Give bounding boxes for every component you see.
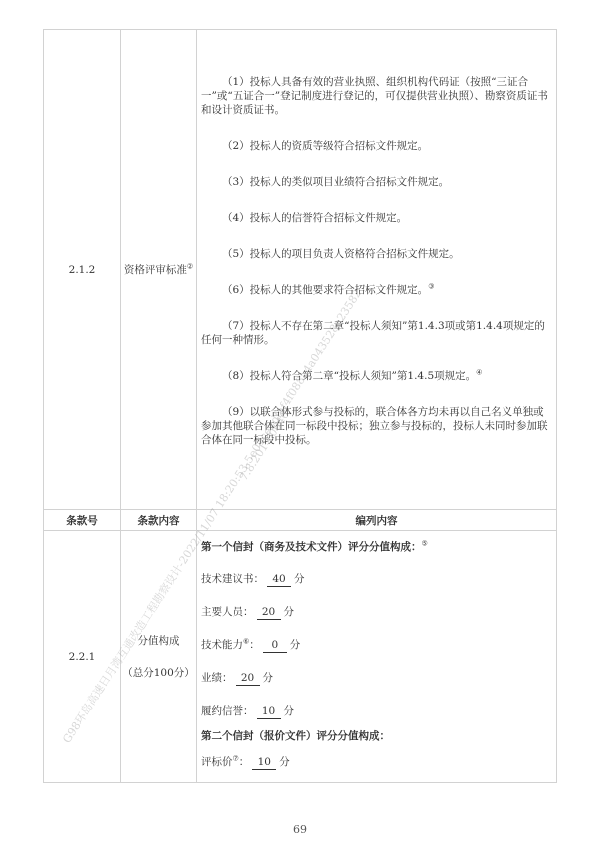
paragraph-9: （9）以联合体形式参与投标的，联合体各方均未再以自己名义单独或参加其他联合体在同… xyxy=(201,405,552,447)
score-label: 业绩： xyxy=(201,672,233,684)
clause-content-text: 分值构成 xyxy=(121,625,196,657)
clause-content-sub: （总分100分） xyxy=(121,657,196,689)
score-item-bid-price: 评标价⑦：10分 xyxy=(201,755,552,770)
score-unit: 分 xyxy=(263,672,274,684)
score-value: 40 xyxy=(267,572,291,587)
paragraph-8-text: （8）投标人符合第二章“投标人须知”第1.4.5项规定。 xyxy=(222,370,476,382)
clause-table: 2.1.2 资格评审标准② （1）投标人具备有效的营业执照、组织机构代码证（按照… xyxy=(43,29,557,783)
header-clause-number: 条款号 xyxy=(44,510,121,531)
header-detail: 编列内容 xyxy=(197,510,557,531)
score-label: 技术建议书： xyxy=(201,573,264,585)
table-row-2-1-2: 2.1.2 资格评审标准② （1）投标人具备有效的营业执照、组织机构代码证（按照… xyxy=(44,30,557,510)
paragraph-3: （3）投标人的类似项目业绩符合招标文件规定。 xyxy=(201,175,552,189)
envelope-1-title-text: 第一个信封（商务及技术文件）评分分值构成： xyxy=(201,541,422,553)
paragraph-8: （8）投标人符合第二章“投标人须知”第1.4.5项规定。④ xyxy=(201,369,552,383)
score-colon: ： xyxy=(249,639,260,651)
envelope-2-title: 第二个信封（报价文件）评分分值构成： xyxy=(201,729,552,743)
score-item-technical-capability: 技术能力⑥：0分 xyxy=(201,638,552,653)
score-value: 0 xyxy=(263,638,287,653)
paragraph-7: （7）投标人不存在第二章“投标人须知”第1.4.3项或第1.4.4项规定的任何一… xyxy=(201,319,552,347)
score-label: 履约信誉： xyxy=(201,705,254,717)
clause-number: 2.2.1 xyxy=(44,531,121,783)
score-label: 主要人员： xyxy=(201,606,254,618)
footnote-mark: ③ xyxy=(428,282,434,290)
score-item-performance: 业绩：20分 xyxy=(201,671,552,686)
header-clause-content: 条款内容 xyxy=(121,510,197,531)
score-item-key-personnel: 主要人员：20分 xyxy=(201,605,552,620)
footnote-mark: ② xyxy=(187,263,193,271)
score-unit: 分 xyxy=(294,573,305,585)
envelope-1-title: 第一个信封（商务及技术文件）评分分值构成：⑤ xyxy=(201,540,552,554)
score-unit: 分 xyxy=(279,756,290,768)
score-value: 20 xyxy=(236,671,260,686)
score-item-technical-proposal: 技术建议书：40分 xyxy=(201,572,552,587)
paragraph-5: （5）投标人的项目负责人资格符合招标文件规定。 xyxy=(201,247,552,261)
score-unit: 分 xyxy=(284,705,295,717)
clause-content: 资格评审标准② xyxy=(121,30,197,510)
score-colon: ： xyxy=(239,756,250,768)
score-value: 10 xyxy=(252,755,276,770)
footnote-mark: ⑤ xyxy=(422,539,428,547)
paragraph-6: （6）投标人的其他要求符合招标文件规定。③ xyxy=(201,283,552,297)
paragraph-6-text: （6）投标人的其他要求符合招标文件规定。 xyxy=(222,284,428,296)
clause-number: 2.1.2 xyxy=(44,30,121,510)
paragraph-2: （2）投标人的资质等级符合招标文件规定。 xyxy=(201,139,552,153)
clause-detail: （1）投标人具备有效的营业执照、组织机构代码证（按照“三证合一”或“五证合一”登… xyxy=(197,30,557,510)
score-item-credit: 履约信誉：10分 xyxy=(201,704,552,719)
footnote-mark: ④ xyxy=(476,368,482,376)
score-label: 技术能力 xyxy=(201,639,243,651)
table-row-2-2-1: 2.2.1 分值构成 （总分100分） 第一个信封（商务及技术文件）评分分值构成… xyxy=(44,531,557,783)
clause-detail: 第一个信封（商务及技术文件）评分分值构成：⑤ 技术建议书：40分 主要人员：20… xyxy=(197,531,557,783)
score-unit: 分 xyxy=(290,639,301,651)
score-label: 评标价 xyxy=(201,756,233,768)
score-value: 10 xyxy=(257,704,281,719)
page-number: 69 xyxy=(0,823,600,836)
table-header-row: 条款号 条款内容 编列内容 xyxy=(44,510,557,531)
paragraph-1: （1）投标人具备有效的营业执照、组织机构代码证（按照“三证合一”或“五证合一”登… xyxy=(201,75,552,117)
score-value: 20 xyxy=(257,605,281,620)
document-page: 2.1.2 资格评审标准② （1）投标人具备有效的营业执照、组织机构代码证（按照… xyxy=(0,0,600,849)
paragraph-4: （4）投标人的信誉符合招标文件规定。 xyxy=(201,211,552,225)
clause-content-text: 资格评审标准 xyxy=(124,264,187,276)
score-unit: 分 xyxy=(284,606,295,618)
clause-content: 分值构成 （总分100分） xyxy=(121,531,197,783)
